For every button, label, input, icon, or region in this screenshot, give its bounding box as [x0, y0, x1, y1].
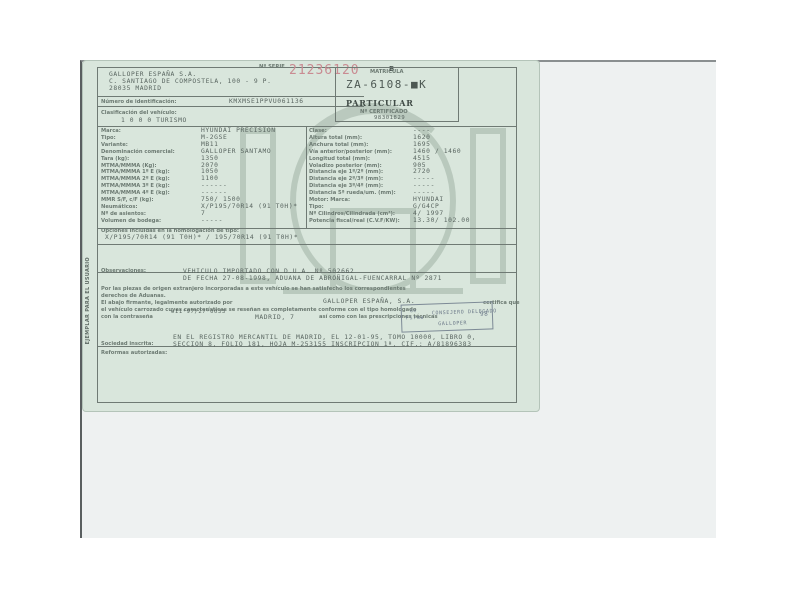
stamp-date: 98 [480, 311, 489, 318]
company-stamp: de Firma CONSEJERO DELEGADO GALLOPER 98 [401, 301, 494, 332]
opciones-value: X/P195/70R14 (91 T0H)* / 195/70R14 (91 T… [105, 234, 298, 241]
matricula-box: MATRICULA ZA-6108-■K PARTICULAR Nº CERTI… [335, 67, 459, 122]
field-label: Tipo: [309, 204, 324, 210]
cert-line-3: El abajo firmante, legalmente autorizado… [101, 300, 233, 306]
field-label: Distancia eje 2º/3º (mm): [309, 176, 383, 182]
field-label: MMR S/F, c/F (kg): [101, 197, 154, 203]
field-label: Nº Cilindros/Cilindrada (cm³): [309, 211, 395, 217]
field-label: Vía anterior/posterior (mm): [309, 149, 392, 155]
field-label: Altura total (mm): [309, 135, 362, 141]
issuer-name: GALLOPER ESPAÑA S.A. [109, 71, 197, 78]
field-label: Tara (kg): [101, 156, 129, 162]
field-label: Marca: [101, 128, 121, 134]
field-label: Voladizo posterior (mm): [309, 163, 382, 169]
matricula-label: MATRICULA [370, 69, 404, 75]
side-label: EJEMPLAR PARA EL USUARIO [85, 257, 91, 344]
issuer-address-2: 28035 MADRID [109, 85, 162, 92]
field-value: ----- [201, 217, 223, 224]
observaciones-label: Observaciones: [101, 268, 146, 274]
reformas-label: Reformas autorizadas: [101, 350, 167, 356]
vehicle-inspection-card: GALLOPER ESPAÑA S.A. C. SANTIAGO DE COMP… [82, 60, 540, 412]
sociedad-line-2: SECCION 8, FOLIO 181, HOJA M-253155 INSC… [173, 341, 472, 348]
field-label: Anchura total (mm): [309, 142, 368, 148]
matricula-type: PARTICULAR [346, 98, 414, 108]
field-label: MTMA/MMMA (Kg): [101, 163, 157, 169]
clasificacion-label: Clasificación del vehículo: [101, 110, 177, 116]
cert-contrasena: e11*97/27*0033 [171, 309, 226, 316]
field-label: MTMA/MMMA 3º E (kg): [101, 183, 170, 189]
field-label: Clase: [309, 128, 327, 134]
field-label: Distancia 5ª rueda/um. (mm): [309, 190, 396, 196]
plate-number: ZA-6108-■K [346, 78, 427, 91]
sociedad-line-1: EN EL REGISTRO MERCANTIL DE MADRID, EL 1… [173, 334, 476, 341]
field-label: MTMA/MMMA 4º E (kg): [101, 190, 170, 196]
cert-line-4: el vehículo carrozado cuyas característi… [101, 307, 416, 313]
stamp-line-2: Firma [406, 315, 424, 323]
clasificacion-value: 1 0 0 0 TURISMO [121, 117, 187, 124]
certificado-number: 98301829 [374, 115, 405, 122]
field-label: Potencia fiscal/real (C.V.F/KW): [309, 218, 400, 224]
field-label: Tipo: [101, 135, 116, 141]
observaciones-line-1: VEHICULO IMPORTADO CON D.U.A. Nº 502662 [183, 268, 354, 275]
field-label: Nº de asientos: [101, 211, 146, 217]
observaciones-line-2: DE FECHA 27-08-1998, ADUANA DE ABROÑIGAL… [183, 275, 442, 282]
issuer-address-1: C. SANTIAGO DE COMPOSTELA, 100 - 9 P. [109, 78, 271, 85]
field-label: MTMA/MMMA 2º E (kg): [101, 176, 170, 182]
field-label: MTMA/MMMA 1º E (kg): [101, 169, 170, 175]
identificacion-label: Número de identificación: [101, 99, 177, 105]
field-label: Motor: Marca: [309, 197, 350, 203]
field-label: Variante: [101, 142, 128, 148]
field-label: Volumen de bodega: [101, 218, 161, 224]
stamp-line-4: GALLOPER [438, 320, 467, 328]
cert-line-2: derechos de Aduanas. [101, 293, 166, 299]
identificacion-value: KMXMSE1PPVU061136 [229, 98, 304, 105]
cert-line-1: Por las piezas de origen extranjero inco… [101, 286, 406, 292]
field-label: Distancia eje 3º/4º (mm): [309, 183, 383, 189]
field-label: Distancia eje 1º/2º (mm): [309, 169, 383, 175]
cert-city-date: MADRID, 7 [255, 314, 295, 321]
field-value: X/P195/70R14 (91 T0H)* [201, 203, 298, 210]
side-margin: EJEMPLAR PARA EL USUARIO [85, 257, 95, 397]
serie-label: Nº SERIE [259, 64, 285, 70]
field-label: Longitud total (mm): [309, 156, 370, 162]
cert-line-5: con la contraseña [101, 314, 153, 320]
sociedad-label: Sociedad inscrita: [101, 341, 153, 347]
field-label: Neumáticos: [101, 204, 138, 210]
field-label: Denominación comercial: [101, 149, 175, 155]
field-value: 13.30/ 102.00 [413, 217, 470, 224]
